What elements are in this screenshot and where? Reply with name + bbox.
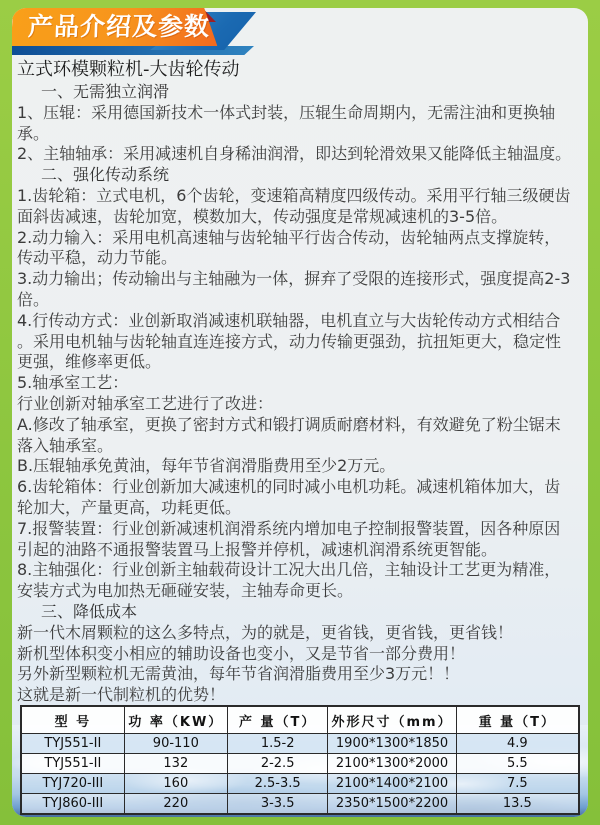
text-line: 6.齿轮箱体：行业创新加大减速机的同时减小电机功耗。减速机箱体加大，齿 bbox=[17, 477, 584, 498]
text-line: 轮加大，产量更高，功耗更低。 bbox=[17, 498, 584, 519]
text-line: 另外新型颗粒机无需黄油，每年节省润滑脂费用至少3万元！！ bbox=[17, 664, 584, 685]
text-line: 1、压辊：采用德国新技术一体式封装，压辊生命周期内，无需注油和更换轴 bbox=[17, 103, 584, 124]
spec-table-cell: 5.5 bbox=[456, 754, 579, 774]
spec-table-cell: 132 bbox=[124, 754, 227, 774]
spec-table-header: 功 率（KW） bbox=[124, 706, 227, 734]
table-row: TYJ551-II 90-110 1.5-2 1900*1300*1850 4.… bbox=[21, 734, 579, 754]
spec-table-cell: 220 bbox=[124, 794, 227, 815]
text-line: 7.报警装置：行业创新减速机润滑系统内增加电子控制报警装置，因各种原因 bbox=[17, 519, 584, 540]
spec-table-cell: 7.5 bbox=[456, 774, 579, 794]
text-line: 倍。 bbox=[17, 290, 584, 311]
text-line: 面斜齿减速，齿轮加宽，模数加大，传动强度是常规减速机的3-5倍。 bbox=[17, 207, 584, 228]
text-line: 2.动力输入：采用电机高速轴与齿轮轴平行齿合传动，齿轮轴两点支撑旋转， bbox=[17, 228, 584, 249]
spec-table-cell: 1.5-2 bbox=[227, 734, 327, 754]
table-row: TYJ551-II 132 2-2.5 2100*1300*2000 5.5 bbox=[21, 754, 579, 774]
text-line: 。采用电机轴与齿轮轴直连连接方式，动力传输更强劲，抗扭矩更大，稳定性 bbox=[17, 332, 584, 353]
spec-table-header-row: 型 号 功 率（KW） 产 量（T） 外形尺寸（mm） 重 量（T） bbox=[21, 706, 579, 734]
text-line: 2、主轴轴承：采用减速机自身稀油润滑，即达到轮滑效果又能降低主轴温度。 bbox=[17, 144, 584, 165]
table-row: TYJ720-III 160 2.5-3.5 2100*1400*2100 7.… bbox=[21, 774, 579, 794]
table-row: TYJ860-III 220 3-3.5 2350*1500*2200 13.5 bbox=[21, 794, 579, 815]
text-line: 落入轴承室。 bbox=[17, 436, 584, 457]
text-line: 更强，维修率更低。 bbox=[17, 352, 584, 373]
spec-table-cell: TYJ551-II bbox=[21, 754, 124, 774]
spec-table-header: 型 号 bbox=[21, 706, 124, 734]
spec-table: 型 号 功 率（KW） 产 量（T） 外形尺寸（mm） 重 量（T） TYJ55… bbox=[20, 705, 580, 815]
text-line: 这就是新一代制粒机的优势！ bbox=[17, 685, 584, 706]
section-heading: 二、强化传动系统 bbox=[17, 165, 584, 186]
spec-table-cell: 2-2.5 bbox=[227, 754, 327, 774]
page-border: 产品介绍及参数 立式环模颗粒机-大齿轮传动 一、无需独立润滑 1、压辊：采用德国… bbox=[0, 0, 600, 825]
spec-table-cell: 3-3.5 bbox=[227, 794, 327, 815]
text-line: 4.行传动方式：业创新取消减速机联轴器，电机直立与大齿轮传动方式相结合 bbox=[17, 311, 584, 332]
spec-table-cell: 4.9 bbox=[456, 734, 579, 754]
text-line: B.压辊轴承免黄油，每年节省润滑脂费用至少2万元。 bbox=[17, 456, 584, 477]
text-line: 5.轴承室工艺： bbox=[17, 373, 584, 394]
section-heading: 一、无需独立润滑 bbox=[17, 82, 584, 103]
text-line: 传动平稳，动力节能。 bbox=[17, 248, 584, 269]
spec-table-cell: TYJ720-III bbox=[21, 774, 124, 794]
spec-table-cell: TYJ551-II bbox=[21, 734, 124, 754]
spec-table-cell: 2350*1500*2200 bbox=[328, 794, 456, 815]
text-line: 行业创新对轴承室工艺进行了改进： bbox=[17, 394, 584, 415]
text-line: 8.主轴强化：行业创新主轴载荷设计工况大出几倍，主轴设计工艺更为精准， bbox=[17, 560, 584, 581]
spec-table-cell: 2100*1400*2100 bbox=[328, 774, 456, 794]
text-line: 安装方式为电加热无砸碰安装，主轴寿命更长。 bbox=[17, 581, 584, 602]
spec-table-cell: 160 bbox=[124, 774, 227, 794]
text-line: 新机型体积变小相应的辅助设备也变小，又是节省一部分费用！ bbox=[17, 644, 584, 665]
banner-title: 产品介绍及参数 bbox=[12, 8, 219, 46]
text-line: 引起的油路不通报警装置马上报警并停机，减速机润滑系统更智能。 bbox=[17, 540, 584, 561]
document-body: 立式环模颗粒机-大齿轮传动 一、无需独立润滑 1、压辊：采用德国新技术一体式封装… bbox=[17, 58, 584, 706]
spec-table-cell: 13.5 bbox=[456, 794, 579, 815]
spec-table-cell: 90-110 bbox=[124, 734, 227, 754]
text-line: 新一代木屑颗粒的这么多特点，为的就是，更省钱，更省钱，更省钱！ bbox=[17, 623, 584, 644]
spec-table-header: 外形尺寸（mm） bbox=[328, 706, 456, 734]
text-line: 3.动力输出；传动输出与主轴融为一体，摒弃了受限的连接形式，强度提高2-3 bbox=[17, 269, 584, 290]
text-line: 承。 bbox=[17, 124, 584, 145]
spec-table-header: 重 量（T） bbox=[456, 706, 579, 734]
spec-table-cell: 2.5-3.5 bbox=[227, 774, 327, 794]
product-title: 立式环模颗粒机-大齿轮传动 bbox=[17, 58, 584, 82]
section-heading: 三、降低成本 bbox=[17, 602, 584, 623]
text-line: 1.齿轮箱：立式电机，6个齿轮，变速箱高精度四级传动。采用平行轴三级硬齿 bbox=[17, 186, 584, 207]
spec-table-header: 产 量（T） bbox=[227, 706, 327, 734]
spec-table-cell: 1900*1300*1850 bbox=[328, 734, 456, 754]
spec-table-cell: 2100*1300*2000 bbox=[328, 754, 456, 774]
spec-table-cell: TYJ860-III bbox=[21, 794, 124, 815]
text-line: A.修改了轴承室，更换了密封方式和锻打调质耐磨材料，有效避免了粉尘锯末 bbox=[17, 415, 584, 436]
flyer-card: 产品介绍及参数 立式环模颗粒机-大齿轮传动 一、无需独立润滑 1、压辊：采用德国… bbox=[12, 8, 588, 817]
